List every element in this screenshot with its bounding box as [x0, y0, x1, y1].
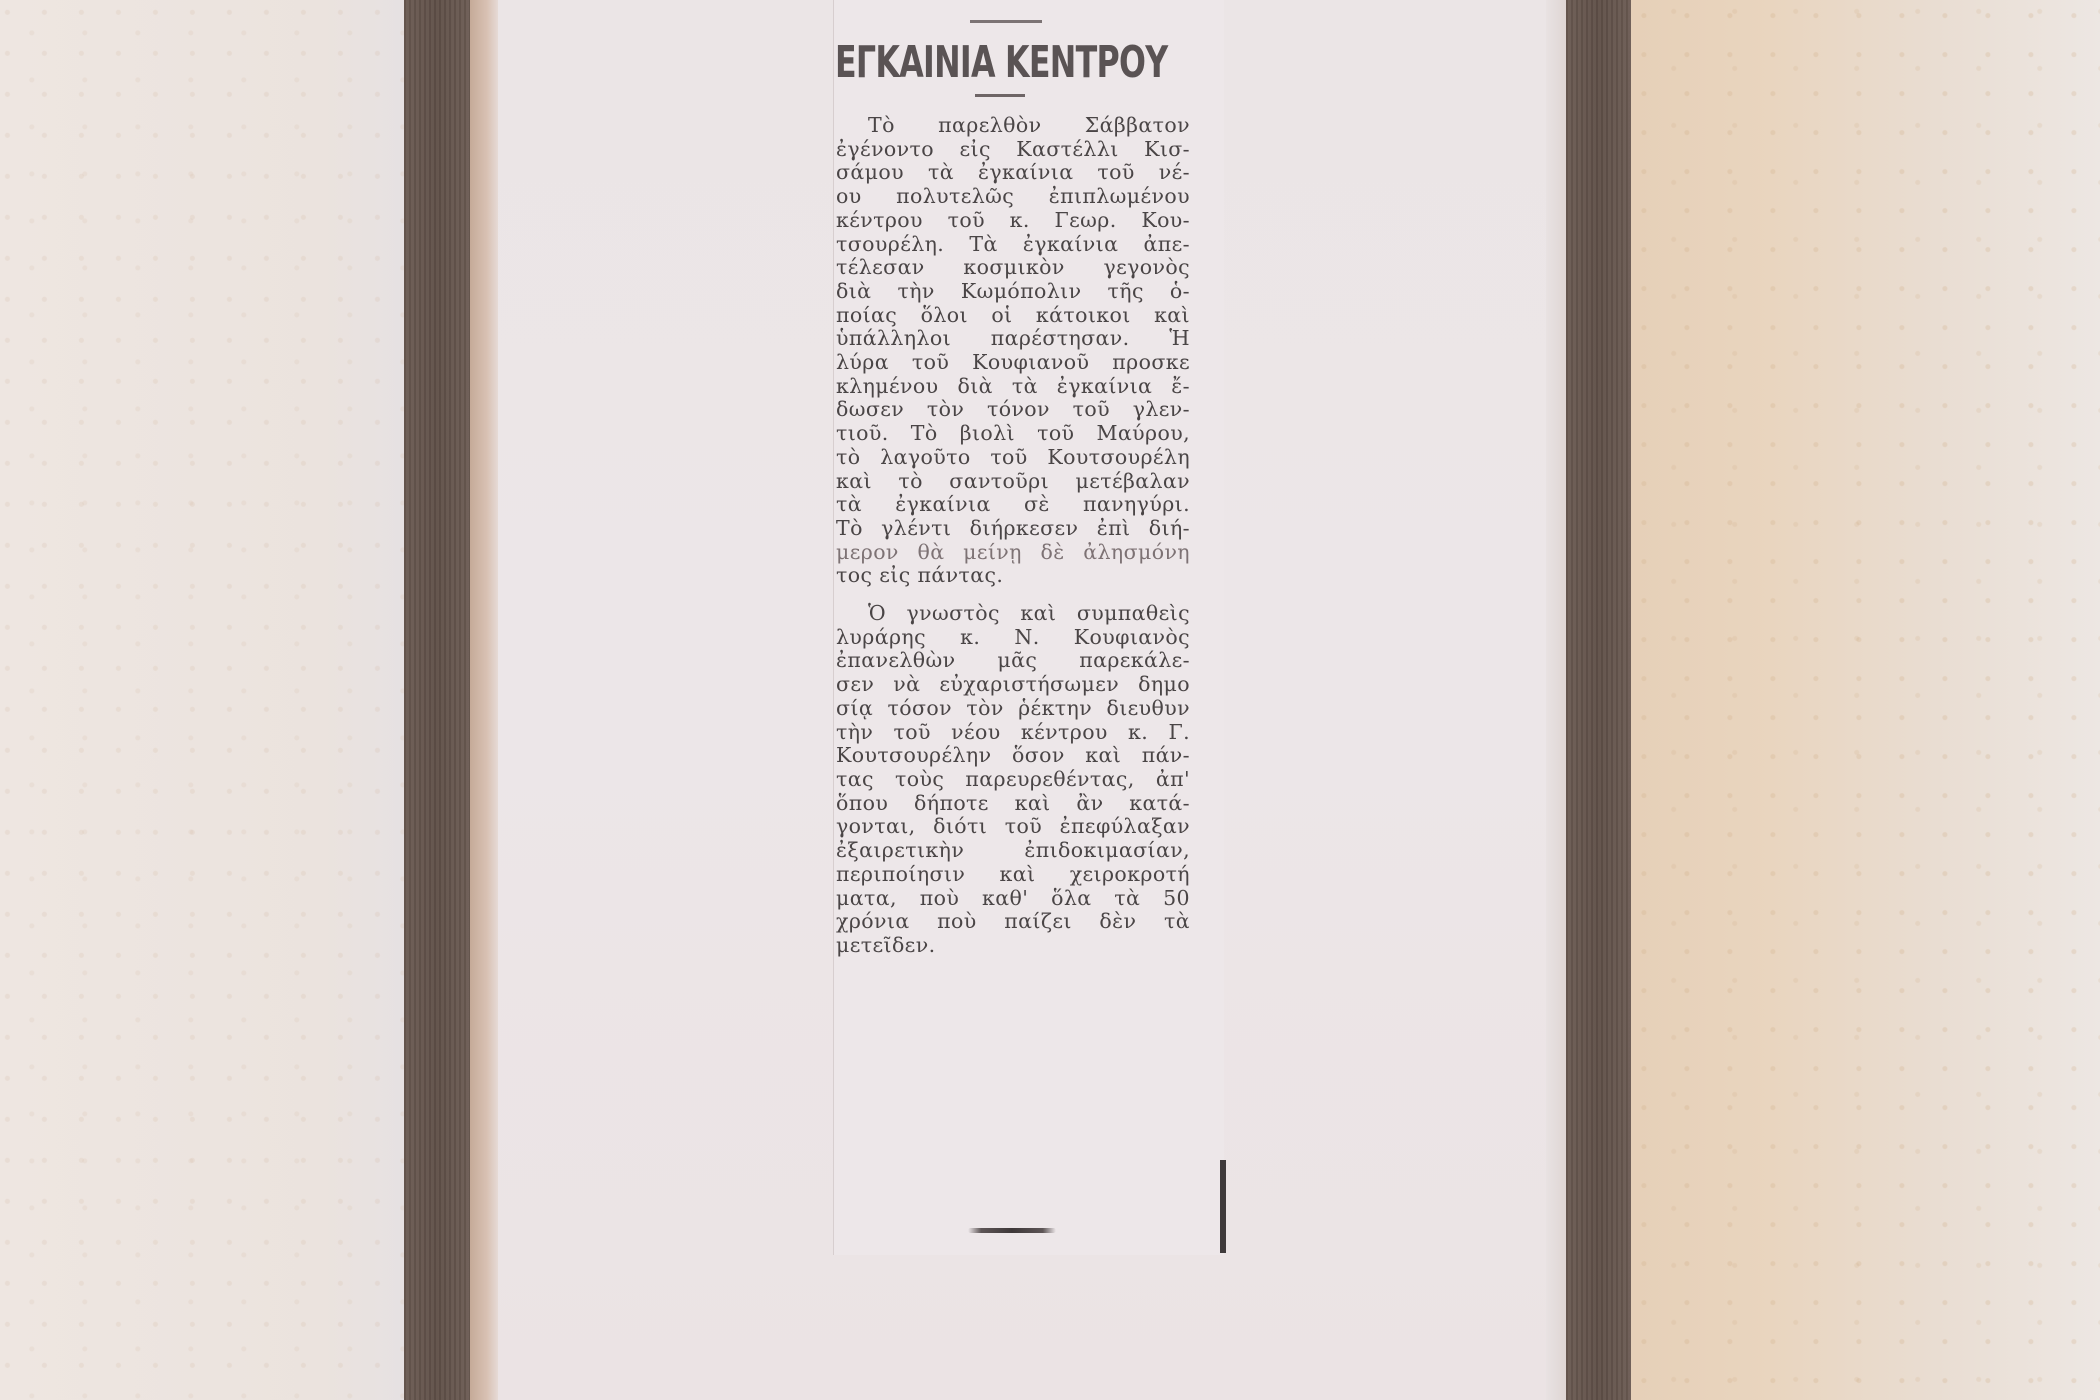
- wall-right: [1631, 0, 2100, 1400]
- headline-underline: [975, 94, 1025, 97]
- article-line: γονται, διότι τοῦ ἐπεφύλαξαν: [836, 815, 1190, 839]
- article-line: κέντρου τοῦ κ. Γεωρ. Κου-: [836, 209, 1190, 233]
- article-body: Τὸ παρελθὸν Σάββατονἐγένοντο εἰς Καστέλλ…: [836, 114, 1190, 958]
- end-divider-rule: [968, 1228, 1056, 1233]
- article-line: ὑπάλληλοι παρέστησαν. Ἡ: [836, 327, 1190, 351]
- article-line: τὰ ἐγκαίνια σὲ πανηγύρι.: [836, 493, 1190, 517]
- article-line: κλημένου διὰ τὰ ἐγκαίνια ἔ-: [836, 375, 1190, 399]
- article-line: Τὸ γλέντι διήρκεσεν ἐπὶ διή-: [836, 517, 1190, 541]
- article-line: ματα, ποὺ καθ' ὅλα τὰ 50: [836, 887, 1190, 911]
- article-line: τὴν τοῦ νέου κέντρου κ. Γ.: [836, 721, 1190, 745]
- frame-right-edge: [1566, 0, 1631, 1400]
- article-line: τέλεσαν κοσμικὸν γεγονὸς: [836, 256, 1190, 280]
- article-line: τσουρέλη. Τὰ ἐγκαίνια ἀπε-: [836, 233, 1190, 257]
- article-line: διὰ τὴν Κωμόπολιν τῆς ὁ-: [836, 280, 1190, 304]
- article-line: ὅπου δήποτε καὶ ἂν κατά-: [836, 792, 1190, 816]
- article-line: Ὁ γνωστὸς καὶ συμπαθεὶς: [836, 602, 1190, 626]
- article-line: ου πολυτελῶς ἐπιπλωμένου: [836, 185, 1190, 209]
- frame-inner-bevel-right: [1546, 0, 1566, 1400]
- article-line: μερον θὰ μείνῃ δὲ ἀλησμόνη: [836, 541, 1190, 565]
- article-line: σεν νὰ εὐχαριστήσωμεν δημο: [836, 673, 1190, 697]
- article-line: τας τοὺς παρευρεθέντας, ἀπ': [836, 768, 1190, 792]
- frame-inner-bevel-left: [470, 0, 498, 1400]
- article-line: σάμου τὰ ἐγκαίνια τοῦ νέ-: [836, 161, 1190, 185]
- wall-left: [0, 0, 404, 1400]
- article-paragraph-1: Τὸ παρελθὸν Σάββατονἐγένοντο εἰς Καστέλλ…: [836, 114, 1190, 588]
- article-line: τος εἰς πάντας.: [836, 564, 1190, 588]
- article-line: σίᾳ τόσον τὸν ῥέκτην διευθυν: [836, 697, 1190, 721]
- article-line: ἐξαιρετικὴν ἐπιδοκιμασίαν,: [836, 839, 1190, 863]
- article-line: λυράρης κ. Ν. Κουφιανὸς: [836, 626, 1190, 650]
- article-line: δωσεν τὸν τόνον τοῦ γλεν-: [836, 398, 1190, 422]
- article-line: περιποίησιν καὶ χειροκροτή: [836, 863, 1190, 887]
- article-paragraph-2: Ὁ γνωστὸς καὶ συμπαθεὶςλυράρης κ. Ν. Κου…: [836, 602, 1190, 958]
- article-line: Τὸ παρελθὸν Σάββατον: [836, 114, 1190, 138]
- article-line: λύρα τοῦ Κουφιανοῦ προσκε: [836, 351, 1190, 375]
- article-line: ἐγένοντο εἰς Καστέλλι Κισ-: [836, 138, 1190, 162]
- article-line: ἐπανελθὼν μᾶς παρεκάλε-: [836, 649, 1190, 673]
- article-line: χρόνια ποὺ παίζει δὲν τὰ: [836, 910, 1190, 934]
- article-line: τιοῦ. Τὸ βιολὶ τοῦ Μαύρου,: [836, 422, 1190, 446]
- article-headline: ΕΓΚΑΙΝΙΑ ΚΕΝΤΡΟΥ: [835, 36, 1058, 90]
- article-line: καὶ τὸ σαντοῦρι μετέβαλαν: [836, 470, 1190, 494]
- article-line: ποίας ὅλοι οἱ κάτοικοι καὶ: [836, 304, 1190, 328]
- article-line: Κουτσουρέλην ὅσον καὶ πάν-: [836, 744, 1190, 768]
- top-divider-rule: [970, 20, 1042, 23]
- article-line: μετεῖδεν.: [836, 934, 1190, 958]
- column-separator-rule: [1220, 1160, 1226, 1253]
- frame-left-edge: [404, 0, 470, 1400]
- article-line: τὸ λαγοῦτο τοῦ Κουτσουρέλη: [836, 446, 1190, 470]
